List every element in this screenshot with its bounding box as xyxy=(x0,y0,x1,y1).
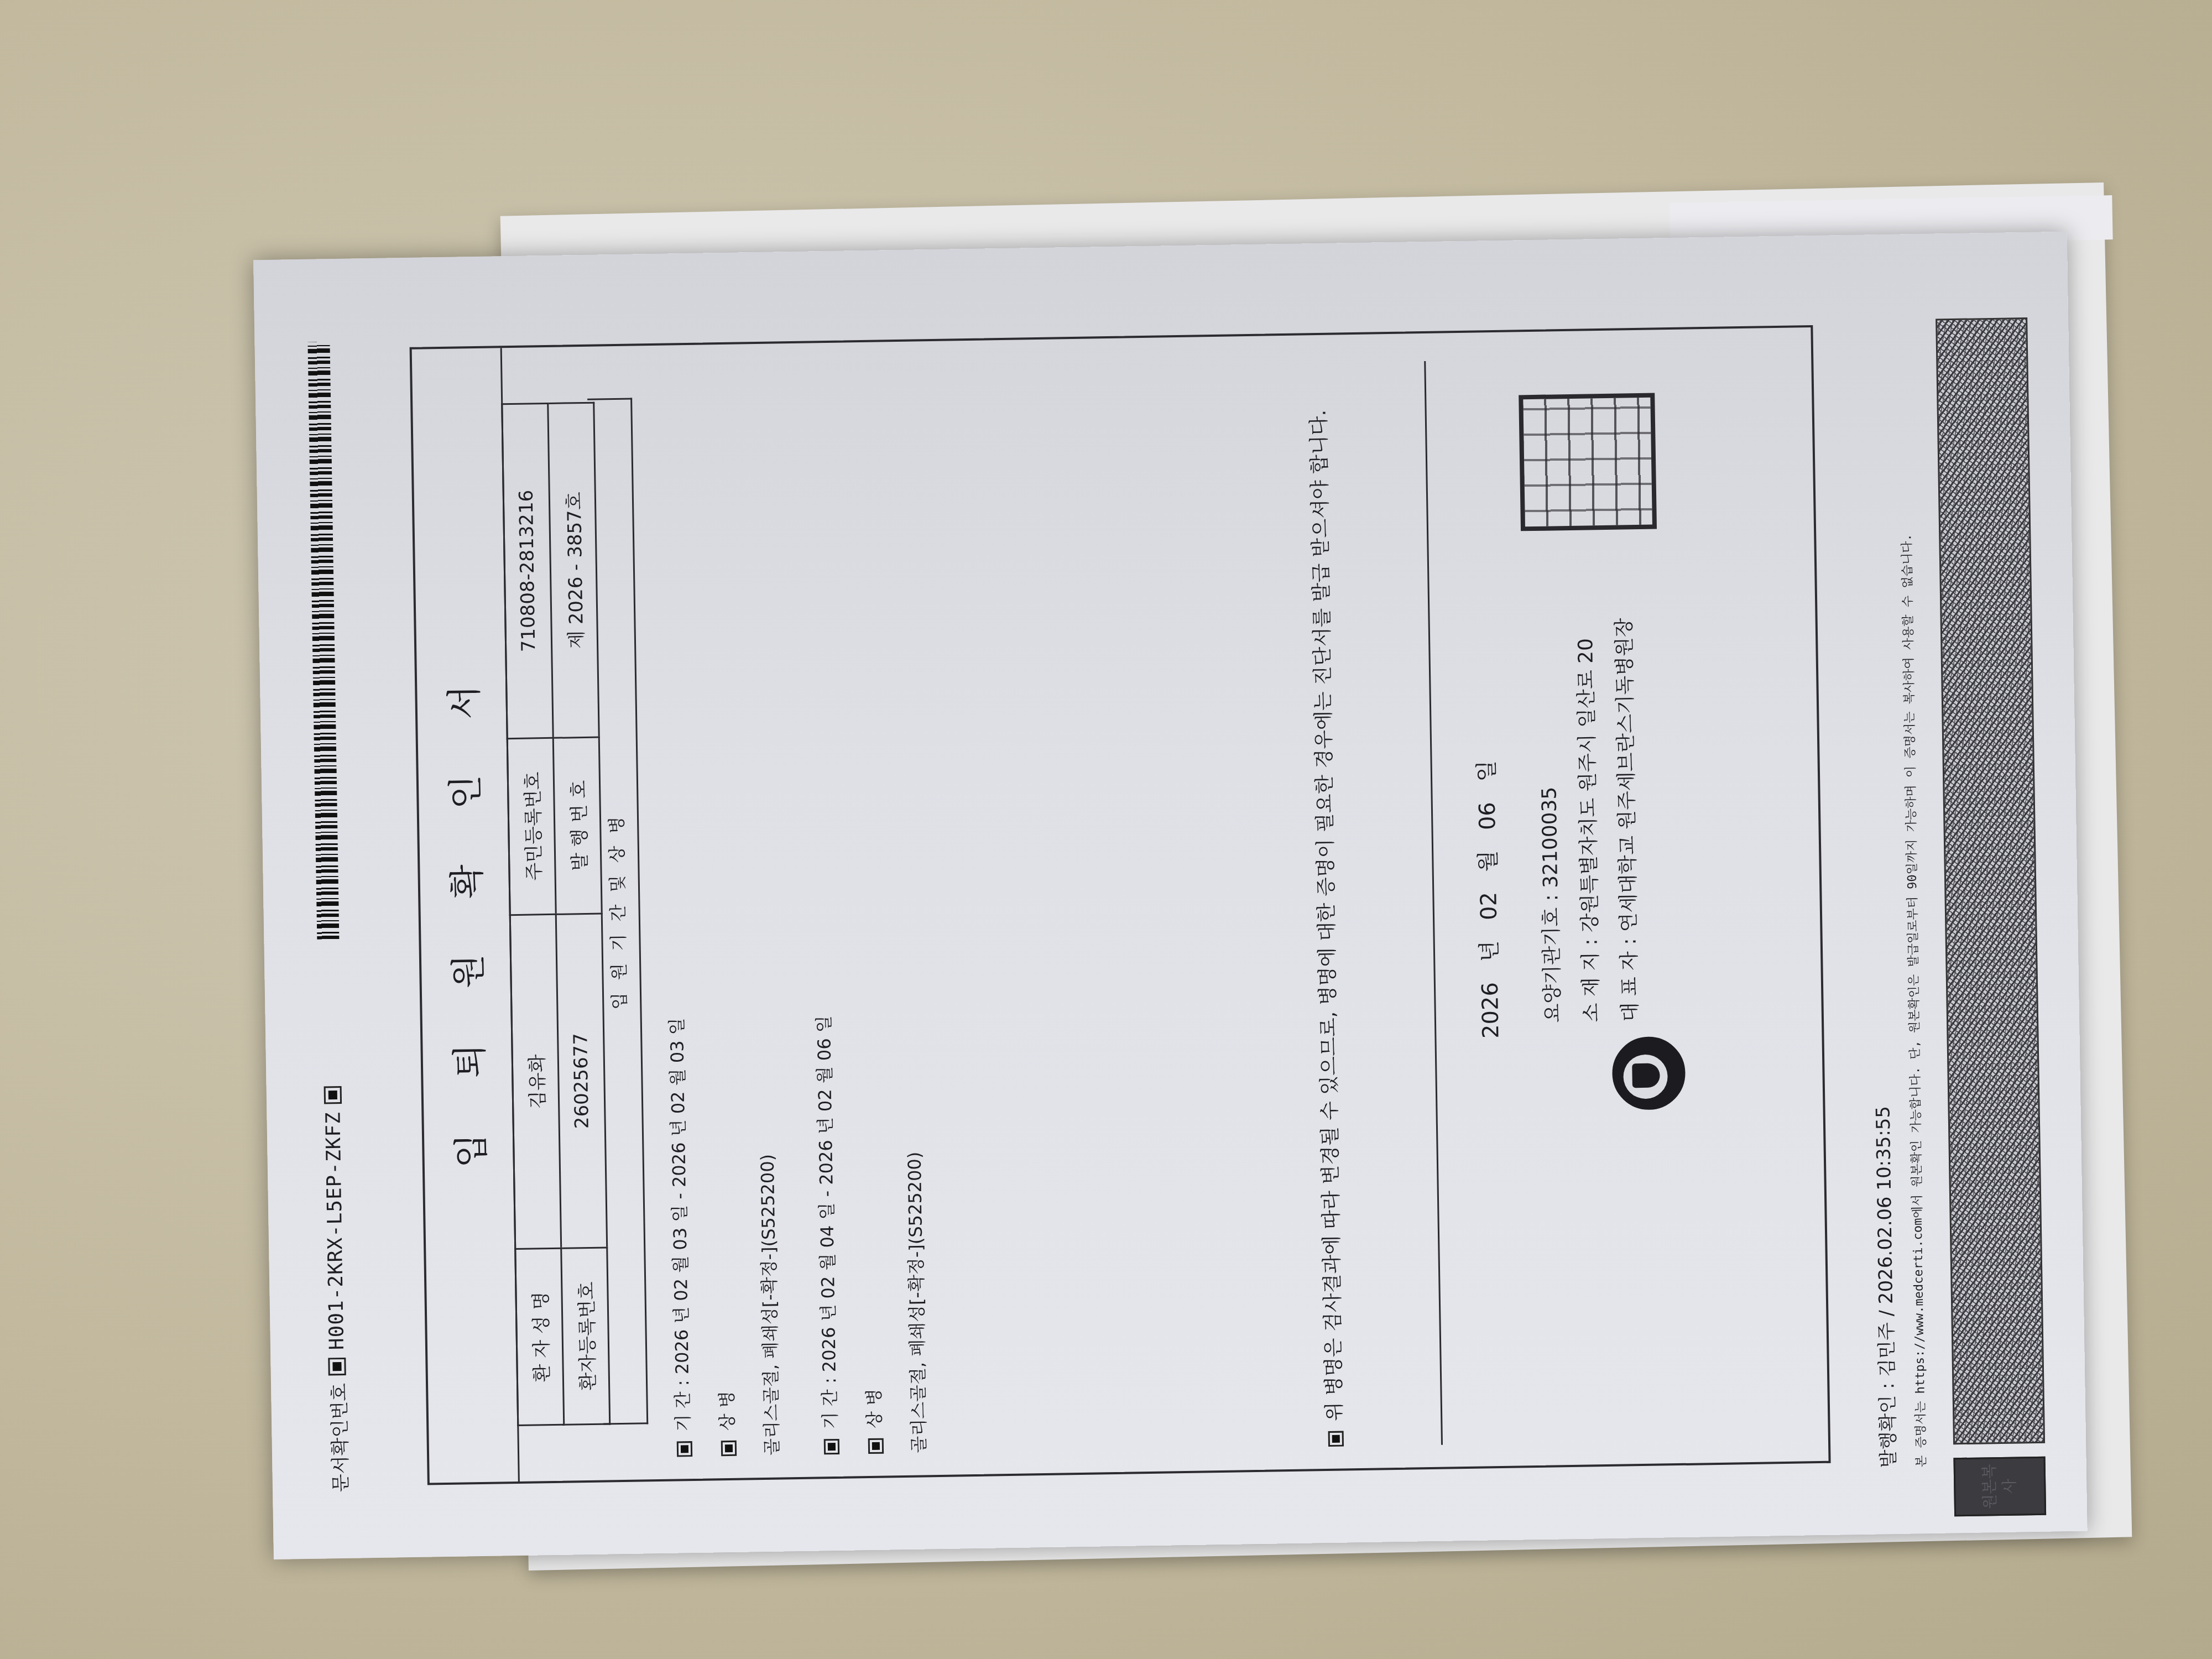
admission-entries: 기 간 : 2026 년 02 월 03 일 - 2026 년 02 월 03 … xyxy=(645,374,956,1457)
list-item: 기 간 : 2026 년 02 월 04 일 - 2026 년 02 월 06 … xyxy=(792,374,942,1455)
rep-value: 연세대학교 원주세브란스기독병원장 xyxy=(1613,618,1641,932)
address-value: 강원특별자치도 원주시 일산로 20 xyxy=(1574,638,1601,933)
rrn-label: 주민등록번호 xyxy=(507,738,556,915)
patient-name: 김유화 xyxy=(510,914,561,1249)
square-bullet-icon xyxy=(824,1439,839,1454)
square-bullet-icon xyxy=(324,1086,342,1104)
doc-confirm-number: H001-2KRX-L5EP-ZKFZ xyxy=(322,1112,348,1350)
code-value: 32100035 xyxy=(1538,786,1562,888)
period-label: 기 간 xyxy=(672,1391,693,1432)
square-bullet-icon xyxy=(868,1438,884,1454)
period-label: 기 간 xyxy=(819,1389,841,1430)
square-bullet-icon xyxy=(328,1358,346,1375)
document-photo: 문서확인번호 H001-2KRX-L5EP-ZKFZ 입 퇴 원 확 인 서 환… xyxy=(274,260,2088,1559)
hospital-seal-icon xyxy=(1519,393,1657,531)
doc-confirm-label: 문서확인번호 xyxy=(324,1383,353,1493)
rrn-value: 710808-2813216 xyxy=(502,403,553,738)
rep-label: 대 표 자 xyxy=(1618,951,1642,1022)
watermark-icon: 원본복사 xyxy=(1953,1457,2046,1517)
certificate-page: 문서확인번호 H001-2KRX-L5EP-ZKFZ 입 퇴 원 확 인 서 환… xyxy=(253,232,2088,1559)
list-item: 기 간 : 2026 년 02 월 03 일 - 2026 년 02 월 03 … xyxy=(645,377,795,1457)
square-bullet-icon xyxy=(677,1441,692,1457)
patient-name-label: 환 자 성 명 xyxy=(515,1249,564,1426)
square-bullet-icon xyxy=(721,1441,737,1456)
period-value: 2026 년 02 월 03 일 - 2026 년 02 월 03 일 xyxy=(666,1018,693,1374)
issuer-confirmation: 발행확인 : 김민주 / 2026.02.06 10:35:55 xyxy=(1867,1106,1900,1468)
diagnosis-label: 상 병 xyxy=(863,1389,885,1429)
period-value: 2026 년 02 월 04 일 - 2026 년 02 월 06 일 xyxy=(813,1015,840,1372)
security-pattern xyxy=(1936,317,2045,1444)
diagnosis-label: 상 병 xyxy=(716,1391,738,1431)
verification-notice: 본 증명서는 https://www.medcerti.com에서 원본확인 가… xyxy=(1894,306,1929,1467)
notice-text: 위 병명은 검사결과에 따라 변경될 수 있으므로, 병명에 대한 증명이 필요… xyxy=(1302,363,1352,1447)
hospital-info: 요양기관기호 : 32100035 소 재 지 : 강원특별자치도 원주시 일산… xyxy=(1528,618,1650,1023)
notice-body: 위 병명은 검사결과에 따라 변경될 수 있으므로, 병명에 대한 증명이 필요… xyxy=(1308,410,1347,1421)
code-label: 요양기관기호 xyxy=(1540,907,1564,1023)
address-label: 소 재 지 xyxy=(1579,952,1603,1022)
square-bullet-icon xyxy=(1328,1431,1344,1447)
certificate-frame: 입 퇴 원 확 인 서 환 자 성 명 김유화 주민등록번호 710808-28… xyxy=(410,325,1831,1485)
